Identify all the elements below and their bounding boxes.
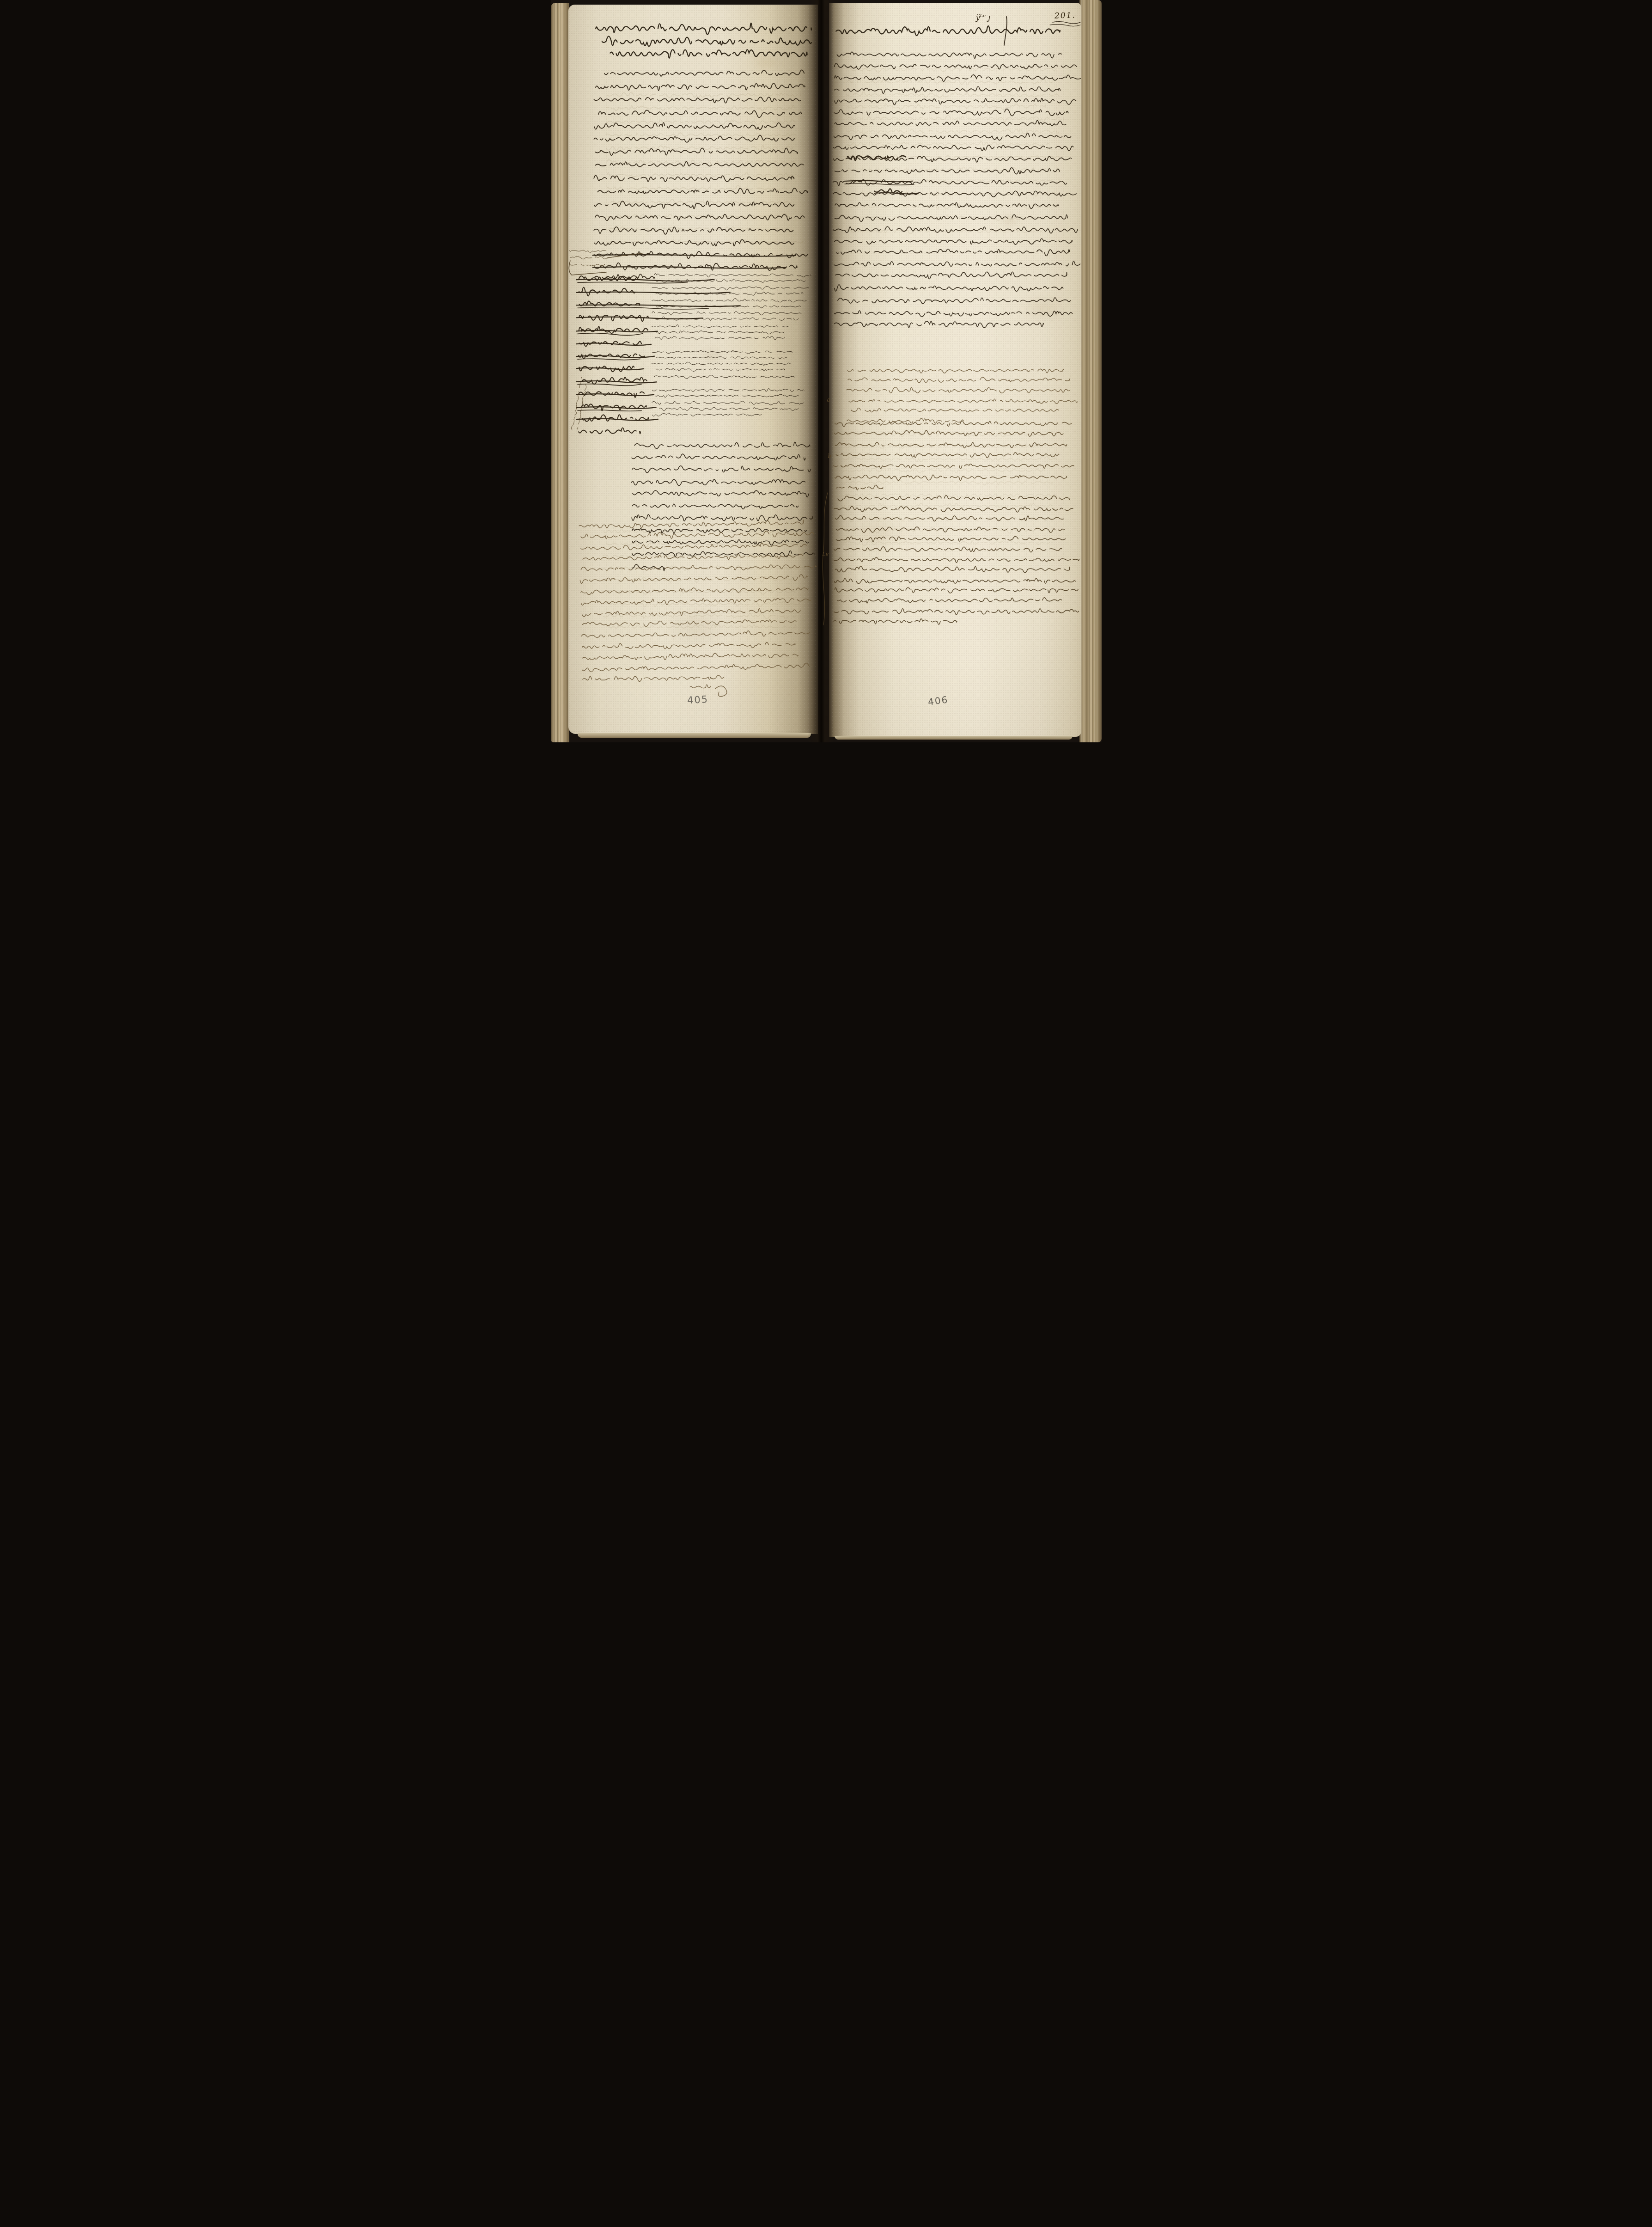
book-fore-edge-right xyxy=(1079,0,1102,742)
page-left-verso xyxy=(568,5,818,734)
margin-letter-le: Le xyxy=(823,551,829,557)
right-gutter-bracket xyxy=(823,493,828,625)
page-right-recto xyxy=(829,3,1081,737)
manuscript-book-scan: ÿLc ȷ 201. a b Le 405 406 xyxy=(551,0,1102,742)
underlying-page-edge-left xyxy=(578,733,811,738)
book-fore-edge-left xyxy=(551,3,569,742)
underlying-page-edge-right xyxy=(835,736,1073,740)
